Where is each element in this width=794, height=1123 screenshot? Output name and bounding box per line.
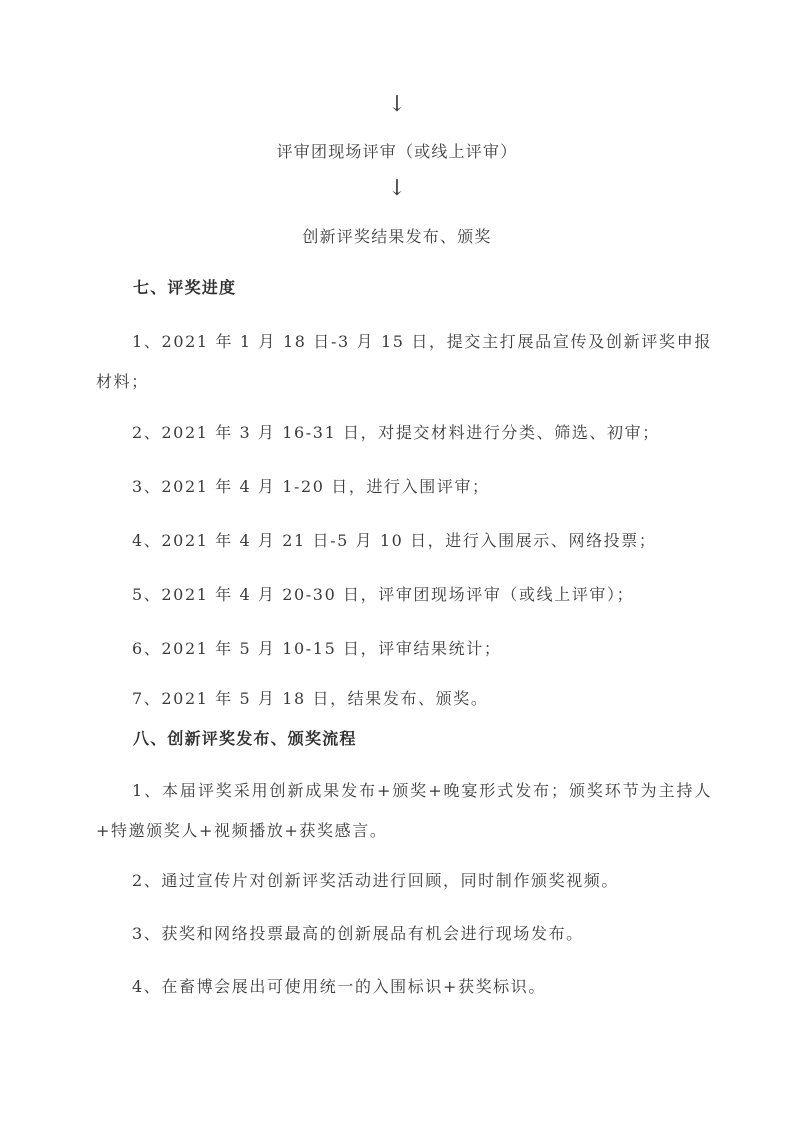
flow-step-review: 评审团现场评审（或线上评审）	[0, 141, 794, 163]
down-arrow-icon: ↓	[0, 176, 794, 202]
schedule-item-3: 3、2021 年 4 月 1-20 日，进行入围评审；	[96, 467, 712, 507]
section-heading-ceremony: 八、创新评奖发布、颁奖流程	[133, 728, 357, 750]
schedule-item-2: 2、2021 年 3 月 16-31 日，对提交材料进行分类、筛选、初审；	[96, 413, 712, 453]
flow-step-result: 创新评奖结果发布、颁奖	[0, 226, 794, 248]
ceremony-item-2: 2、通过宣传片对创新评奖活动进行回顾，同时制作颁奖视频。	[96, 861, 712, 901]
document-page: ↓ 评审团现场评审（或线上评审） ↓ 创新评奖结果发布、颁奖 七、评奖进度 1、…	[0, 0, 794, 1123]
schedule-item-1: 1、2021 年 1 月 18 日-3 月 15 日，提交主打展品宣传及创新评奖…	[96, 322, 712, 402]
schedule-item-5: 5、2021 年 4 月 20-30 日，评审团现场评审（或线上评审）；	[96, 575, 712, 615]
section-heading-schedule: 七、评奖进度	[133, 277, 236, 299]
schedule-item-4: 4、2021 年 4 月 21 日-5 月 10 日，进行入围展示、网络投票；	[96, 521, 712, 561]
down-arrow-icon: ↓	[0, 92, 794, 118]
ceremony-item-3: 3、获奖和网络投票最高的创新展品有机会进行现场发布。	[96, 914, 712, 954]
schedule-item-7: 7、2021 年 5 月 18 日，结果发布、颁奖。	[96, 679, 712, 719]
schedule-item-6: 6、2021 年 5 月 10-15 日，评审结果统计；	[96, 629, 712, 669]
ceremony-item-1: 1、本届评奖采用创新成果发布+颁奖+晚宴形式发布；颁奖环节为主持人+特邀颁奖人+…	[96, 771, 712, 851]
ceremony-item-4: 4、在畜博会展出可使用统一的入围标识+获奖标识。	[96, 967, 712, 1007]
